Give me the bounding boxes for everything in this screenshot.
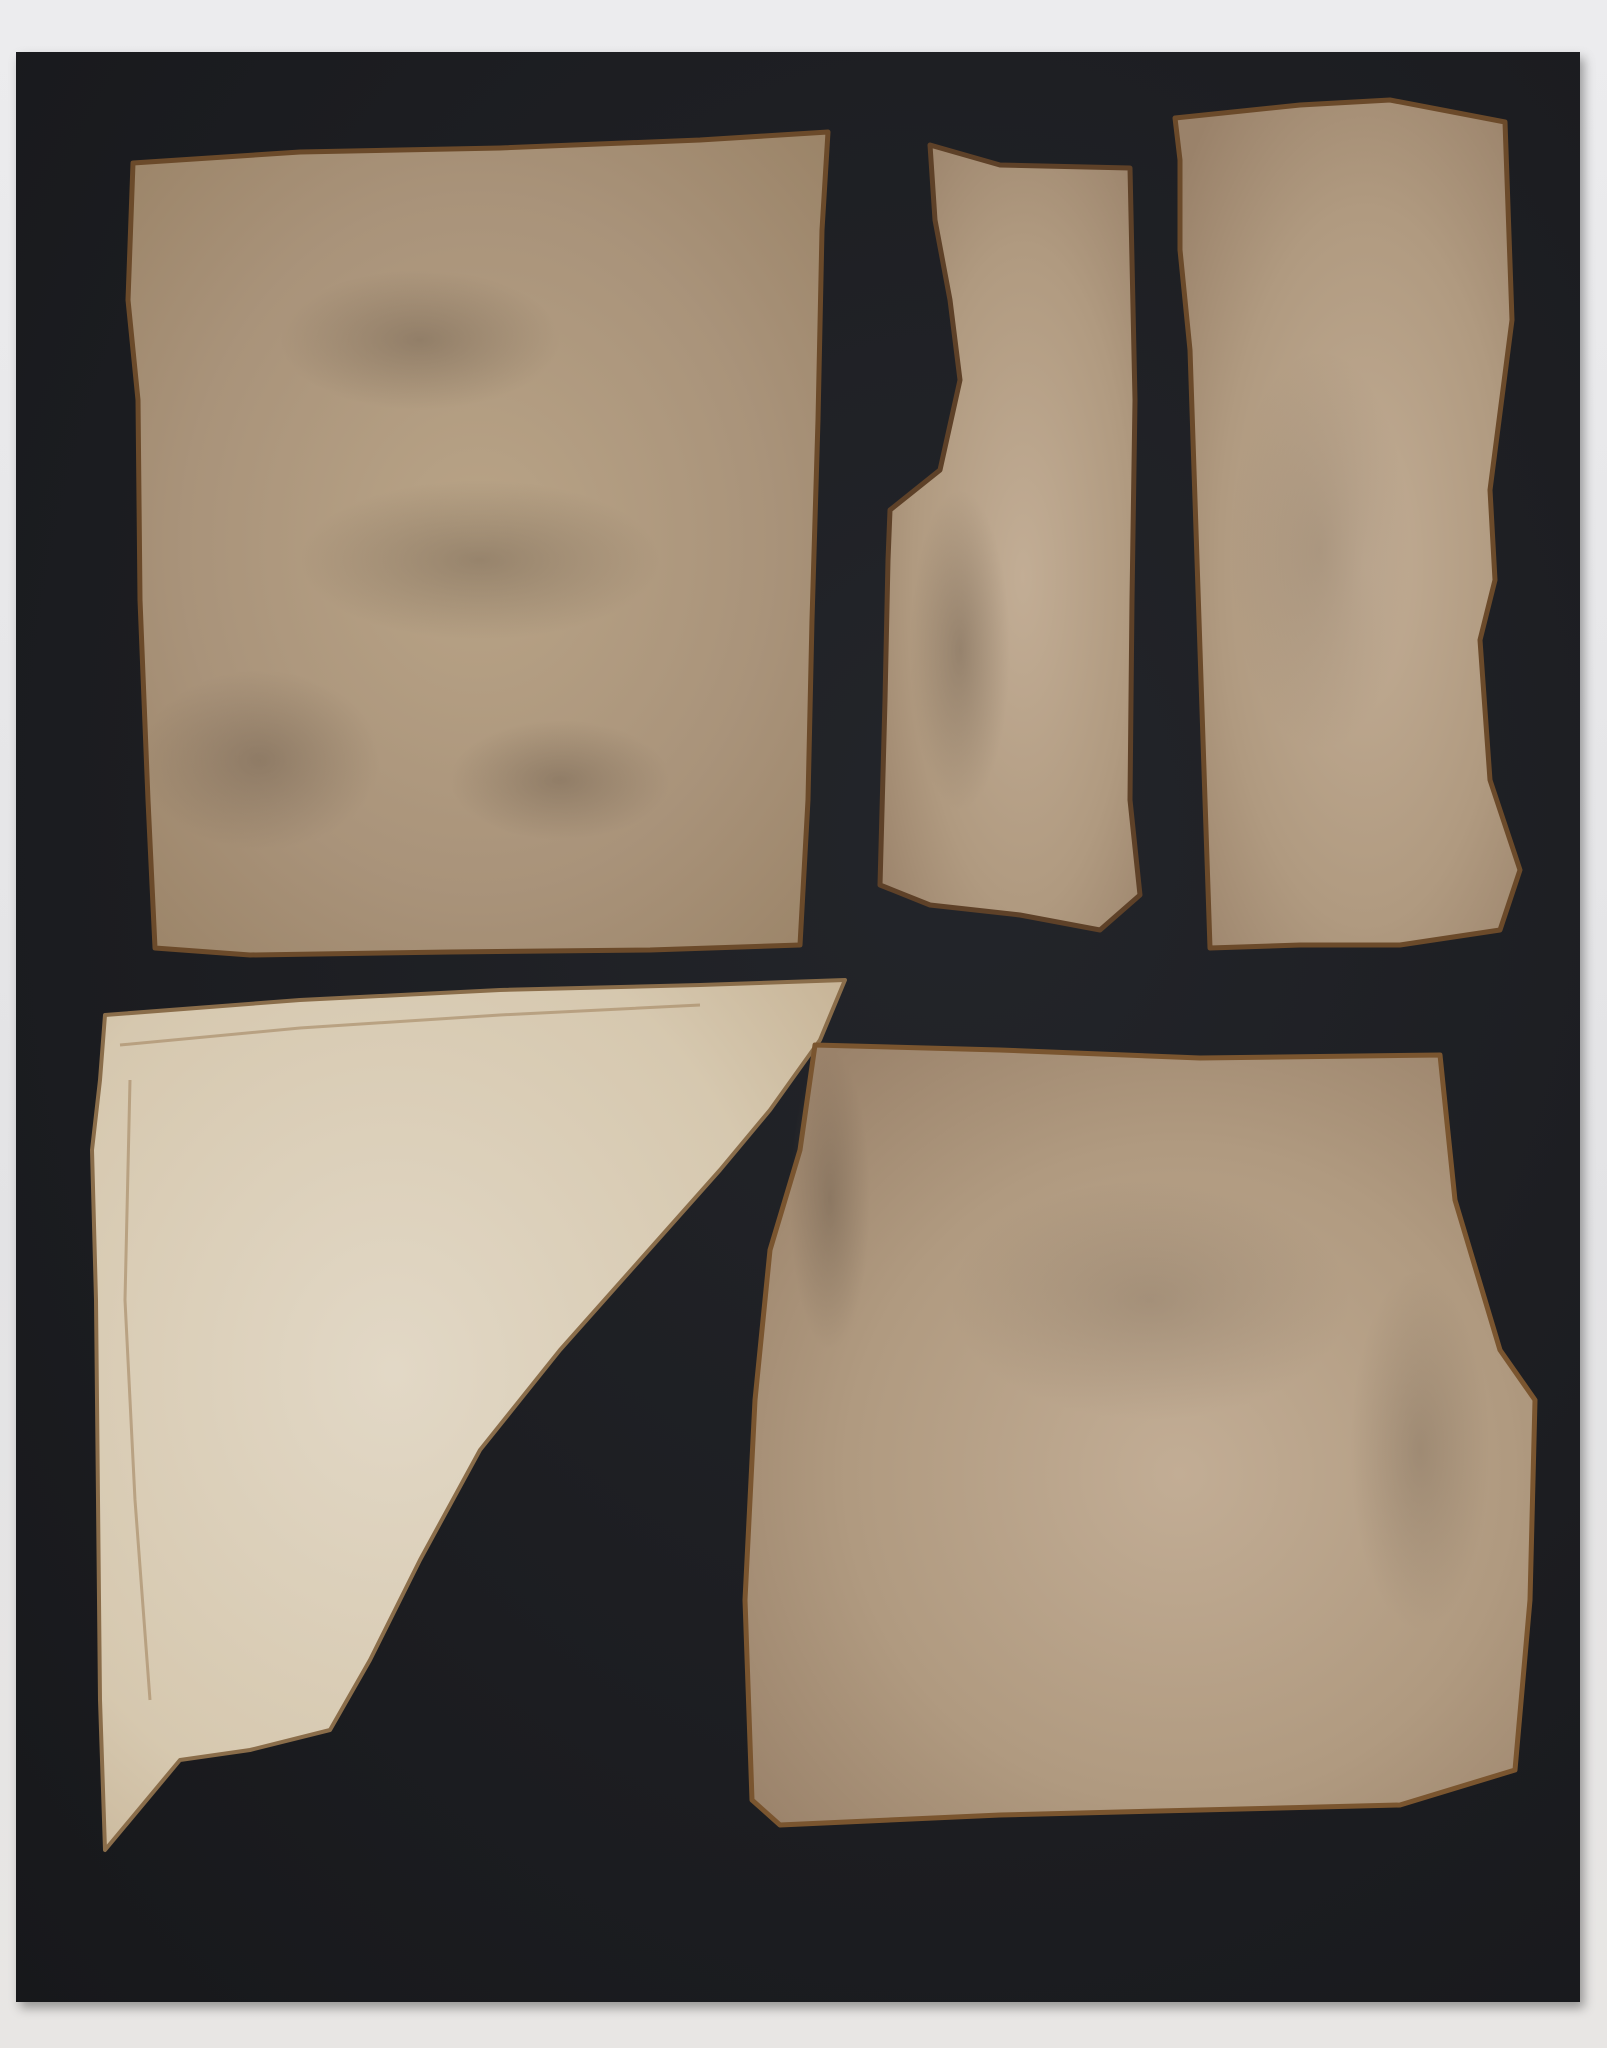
paper-square: [745, 1045, 1535, 1825]
paper-pieces: [0, 0, 1607, 2048]
paper-large-rectangle: [128, 132, 828, 955]
paper-triangle: [92, 980, 845, 1850]
paper-narrow-strip-left: [880, 145, 1140, 930]
paper-narrow-strip-right: [1175, 100, 1520, 948]
